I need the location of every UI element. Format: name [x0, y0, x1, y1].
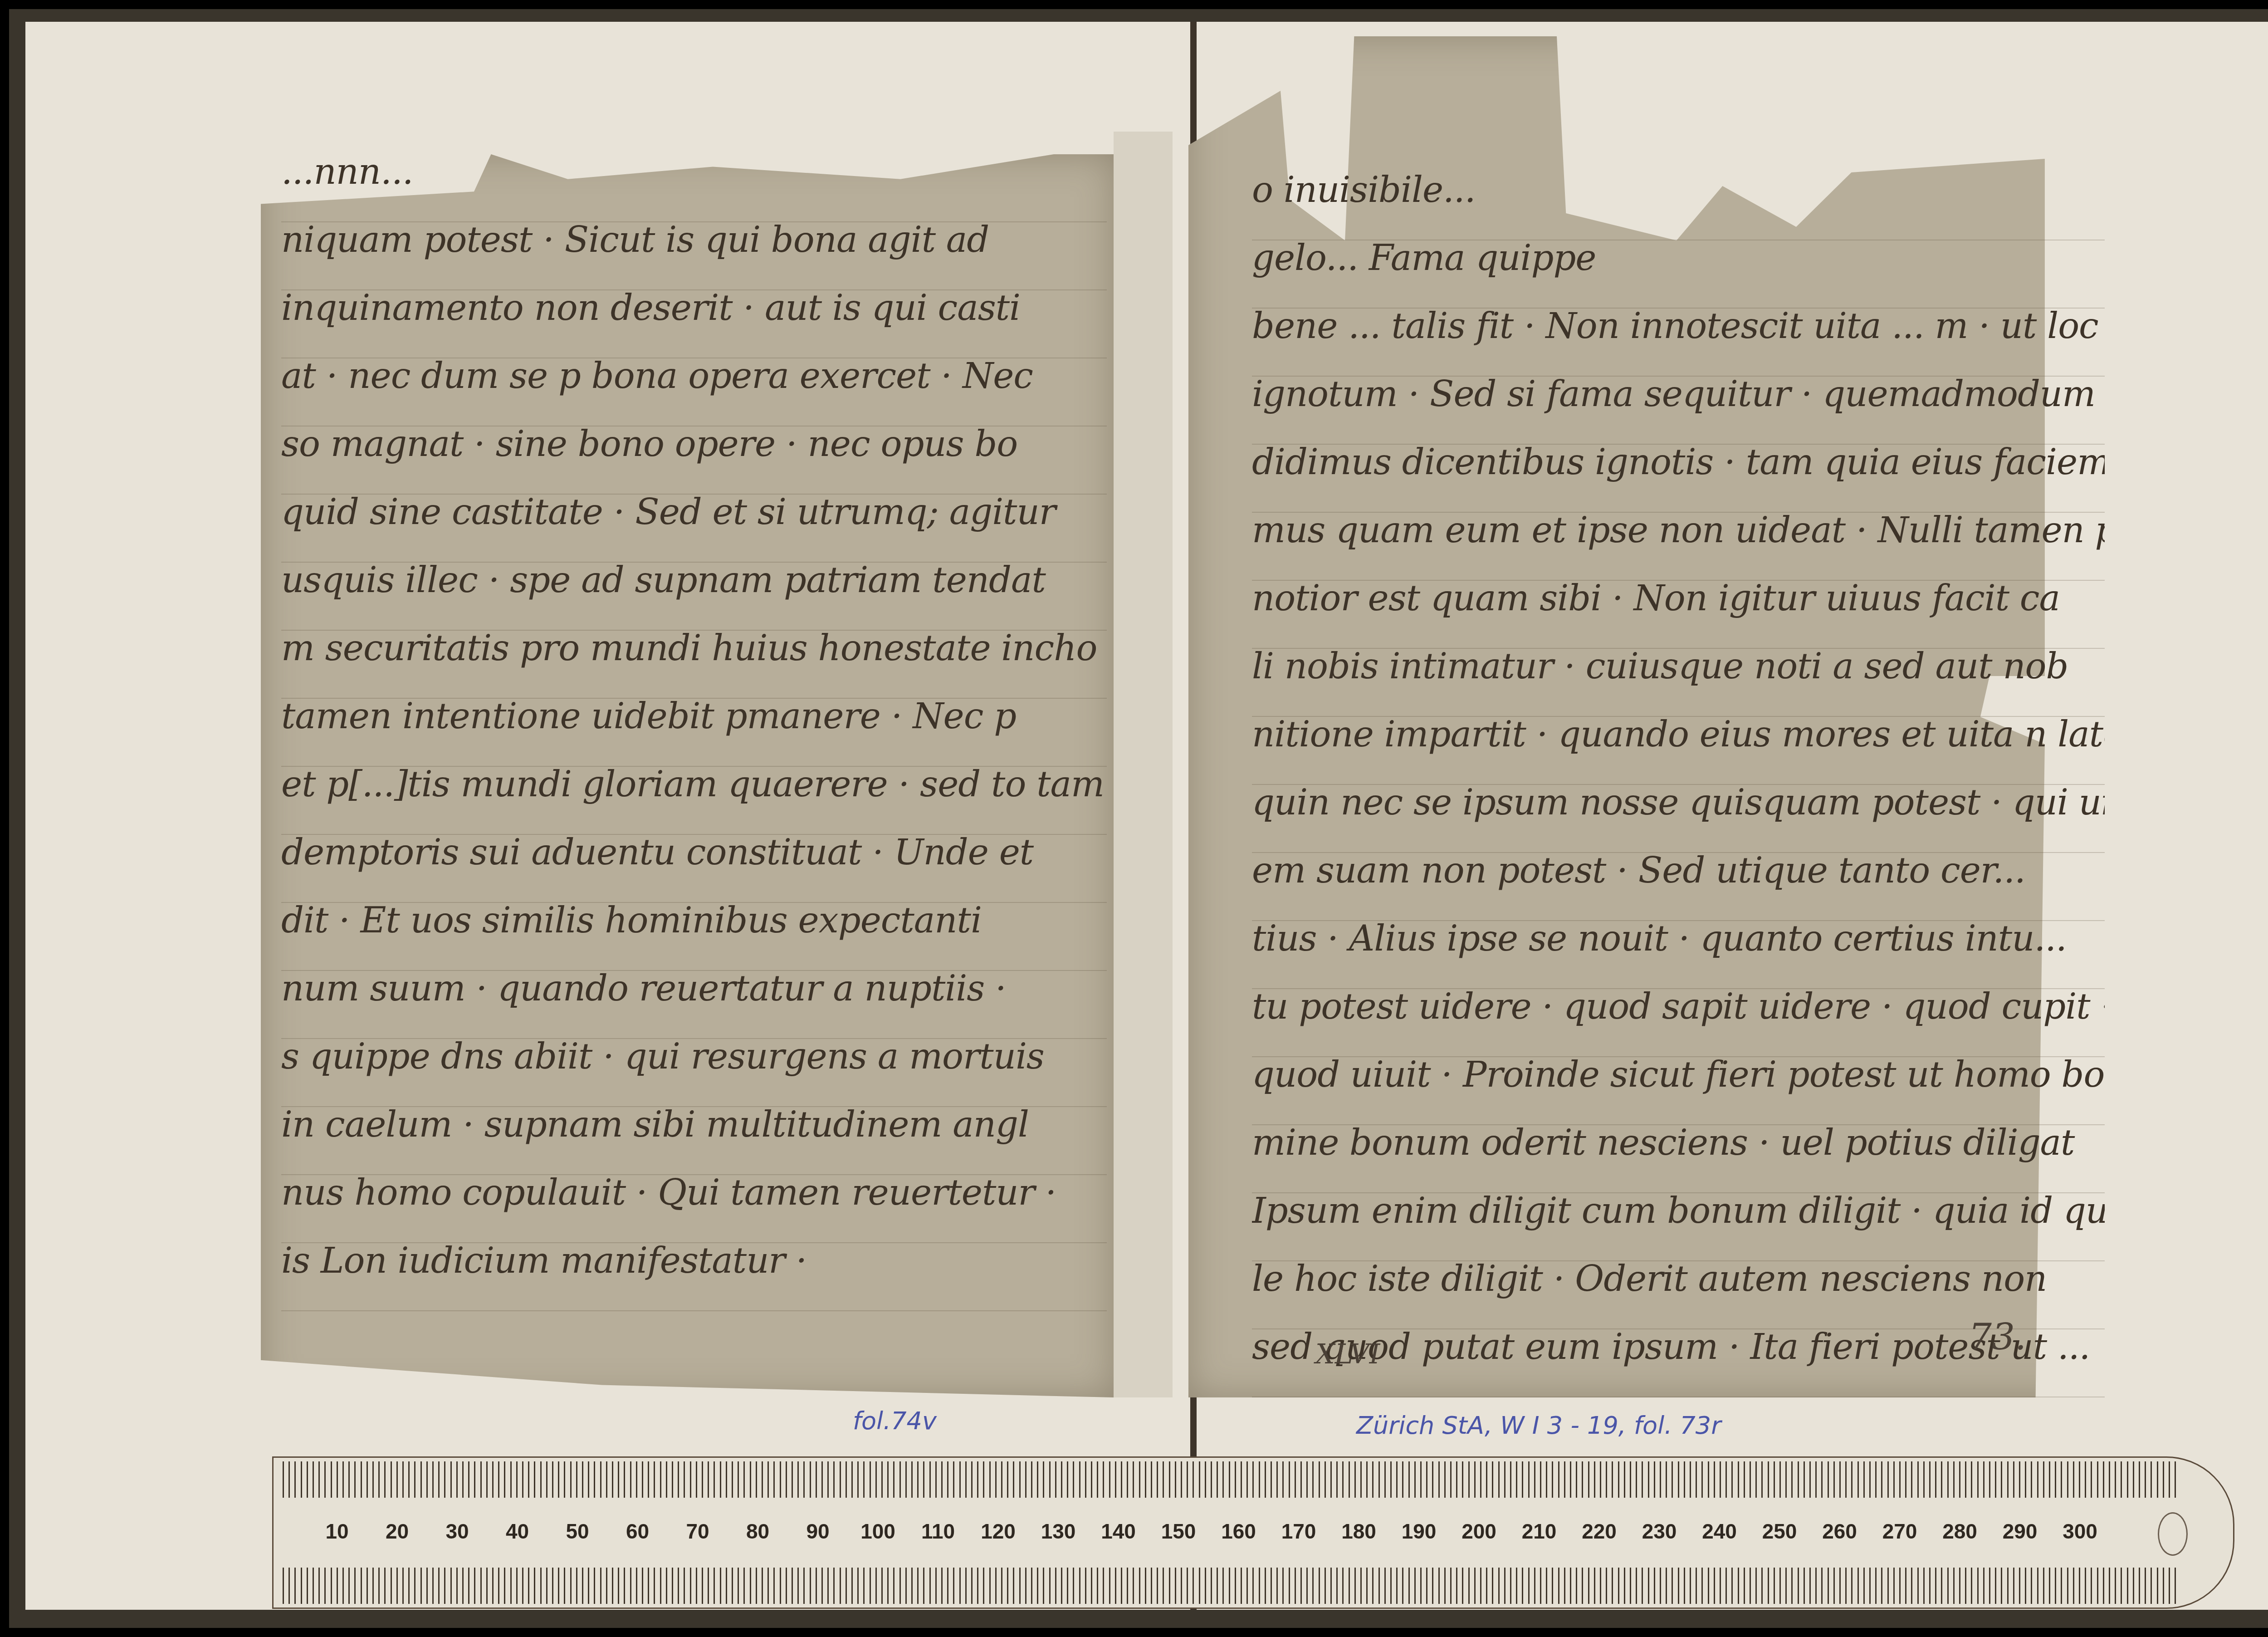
manuscript-line: bene ... talis fit · Non innotescit uita… — [1252, 309, 2105, 377]
ruler-label: 50 — [566, 1519, 589, 1544]
measuring-ruler: 1020304050607080901001101201301401501601… — [272, 1456, 2234, 1609]
manuscript-line: Ipsum enim diligit cum bonum diligit · q… — [1252, 1193, 2105, 1261]
ruler-label: 70 — [686, 1519, 709, 1544]
ruler-label: 60 — [626, 1519, 649, 1544]
manuscript-line: didimus dicentibus ignotis · tam quia ei… — [1252, 445, 2105, 513]
ruler-label: 130 — [1041, 1519, 1076, 1544]
ruler-label: 170 — [1281, 1519, 1316, 1544]
left-leaf-text: ...nnn...niquam potest · Sicut is qui bo… — [281, 154, 1107, 1311]
manuscript-line: o inuisibile... — [1252, 172, 2105, 240]
pencil-note-fol-74v: fol.74v — [853, 1407, 937, 1435]
ruler-label: 150 — [1161, 1519, 1196, 1544]
manuscript-line: usquis illec · spe ad supnam patriam ten… — [281, 563, 1107, 631]
ruler-label: 270 — [1882, 1519, 1917, 1544]
pencil-note-shelfmark: Zürich StA, W I 3 - 19, fol. 73r — [1356, 1411, 1721, 1440]
ruler-label: 210 — [1522, 1519, 1557, 1544]
ruler-label: 230 — [1642, 1519, 1677, 1544]
manuscript-line: num suum · quando reuertatur a nuptiis · — [281, 971, 1107, 1039]
manuscript-line: so magnat · sine bono opere · nec opus b… — [281, 426, 1107, 495]
ruler-label: 300 — [2063, 1519, 2097, 1544]
ruler-label: 220 — [1582, 1519, 1617, 1544]
manuscript-line: ...nnn... — [281, 154, 1107, 222]
roman-numeral-quire-mark: XLVI — [1315, 1338, 1380, 1370]
ruler-label: 40 — [506, 1519, 529, 1544]
ruler-label: 200 — [1461, 1519, 1496, 1544]
manuscript-line: mus quam eum et ipse non uideat · Nulli … — [1252, 513, 2105, 581]
ruler-label: 240 — [1702, 1519, 1737, 1544]
ruler-label: 180 — [1341, 1519, 1376, 1544]
manuscript-line: in caelum · supnam sibi multitudinem ang… — [281, 1107, 1107, 1175]
ruler-ticks-bottom — [283, 1568, 2179, 1604]
ruler-label: 160 — [1221, 1519, 1256, 1544]
manuscript-line: em suam non potest · Sed utique tanto ce… — [1252, 853, 2105, 921]
manuscript-line: gelo... Fama quippe — [1252, 240, 2105, 309]
ruler-label: 260 — [1822, 1519, 1857, 1544]
manuscript-line: tamen intentione uidebit pmanere · Nec p — [281, 699, 1107, 767]
manuscript-line: nus homo copulauit · Qui tamen reuertetu… — [281, 1175, 1107, 1243]
manuscript-line: niquam potest · Sicut is qui bona agit a… — [281, 222, 1107, 290]
ruler-label: 100 — [860, 1519, 895, 1544]
ruler-label: 30 — [445, 1519, 469, 1544]
manuscript-line: is Lon iudicium manifestatur · — [281, 1243, 1107, 1311]
manuscript-line: inquinamento non deserit · aut is qui ca… — [281, 290, 1107, 358]
manuscript-line: tius · Alius ipse se nouit · quanto cert… — [1252, 921, 2105, 989]
manuscript-line: mine bonum oderit nesciens · uel potius … — [1252, 1125, 2105, 1193]
ruler-ticks-top — [283, 1461, 2179, 1498]
ruler-label: 80 — [746, 1519, 769, 1544]
manuscript-line: notior est quam sibi · Non igitur uiuus … — [1252, 581, 2105, 649]
manuscript-line: nitione impartit · quando eius mores et … — [1252, 717, 2105, 785]
manuscript-line: dit · Et uos similis hominibus expectant… — [281, 903, 1107, 971]
manuscript-line: tu potest uidere · quod sapit uidere · q… — [1252, 989, 2105, 1057]
ruler-label: 20 — [386, 1519, 409, 1544]
manuscript-line: demptoris sui aduentu constituat · Unde … — [281, 835, 1107, 903]
manuscript-line: m securitatis pro mundi huius honestate … — [281, 631, 1107, 699]
manuscript-line: quod uiuit · Proinde sicut fieri potest … — [1252, 1057, 2105, 1125]
ruler-label: 290 — [2003, 1519, 2038, 1544]
folio-number: 73. — [1969, 1316, 2026, 1358]
right-leaf-text: o inuisibile...gelo... Fama quippebene .… — [1252, 172, 2105, 1397]
ruler-label: 90 — [806, 1519, 829, 1544]
manuscript-line: quin nec se ipsum nosse quisquam potest … — [1252, 785, 2105, 853]
manuscript-line: at · nec dum se p bona opera exercet · N… — [281, 358, 1107, 426]
manuscript-line: et p[...]tis mundi gloriam quaerere · se… — [281, 767, 1107, 835]
ruler-label: 120 — [981, 1519, 1016, 1544]
ruler-label: 110 — [921, 1519, 955, 1544]
manuscript-line: quid sine castitate · Sed et si utrumq; … — [281, 495, 1107, 563]
ruler-label: 280 — [1942, 1519, 1977, 1544]
ruler-label: 190 — [1402, 1519, 1437, 1544]
manuscript-line: li nobis intimatur · cuiusque noti a sed… — [1252, 649, 2105, 717]
manuscript-line: ignotum · Sed si fama sequitur · quemadm… — [1252, 377, 2105, 445]
spine-strip — [1114, 132, 1173, 1397]
manuscript-line: s quippe dns abiit · qui resurgens a mor… — [281, 1039, 1107, 1107]
ruler-label: 250 — [1762, 1519, 1797, 1544]
ruler-hanging-hole — [2158, 1512, 2188, 1556]
ruler-label: 10 — [325, 1519, 348, 1544]
ruler-label: 140 — [1101, 1519, 1136, 1544]
